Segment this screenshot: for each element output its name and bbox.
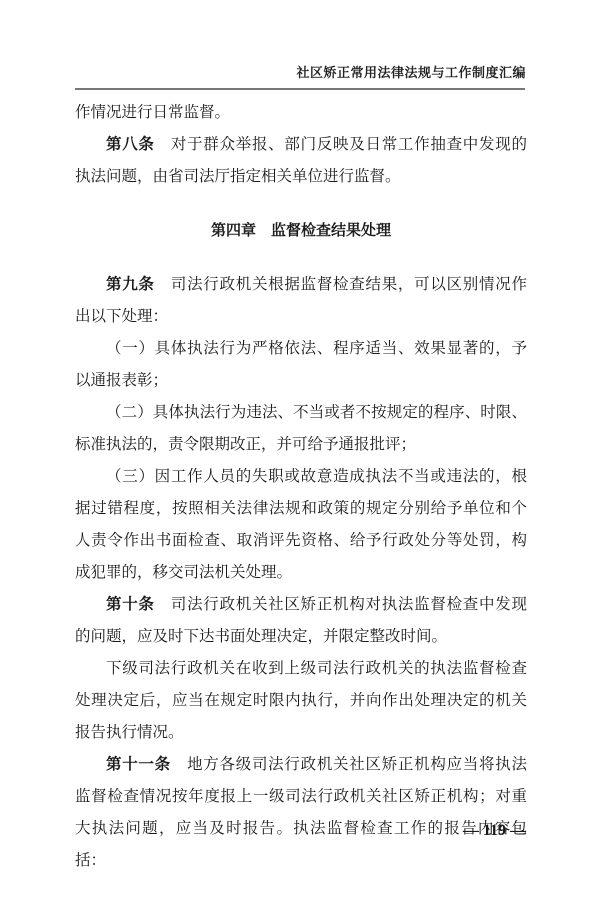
item-2: （二）具体执法行为违法、不当或者不按规定的程序、时限、 bbox=[75, 396, 527, 428]
header-rule bbox=[75, 88, 525, 90]
article-text: 司法行政机关根据监督检查结果，可以区别情况作 bbox=[171, 275, 527, 293]
paragraph-line: 监督检查情况按年度报上一级司法行政机关社区矫正机构；对重 bbox=[75, 780, 527, 812]
paragraph-line: 据过错程度，按照相关法律法规和政策的规定分别给予单位和个 bbox=[75, 492, 527, 524]
paragraph-line: 作情况进行日常监督。 bbox=[75, 96, 527, 128]
article-label: 第九条 bbox=[106, 275, 155, 293]
paragraph-line: 标准执法的，责令限期改正，并可给予通报批评； bbox=[75, 428, 527, 460]
paragraph-line: 处理决定后，应当在规定时限内执行，并向作出处理决定的机关 bbox=[75, 684, 527, 716]
page-body: 作情况进行日常监督。 第八条 对于群众举报、部门反映及日常工作抽查中发现的 执法… bbox=[75, 96, 527, 876]
article-8: 第八条 对于群众举报、部门反映及日常工作抽查中发现的 bbox=[75, 128, 527, 160]
running-head: 社区矫正常用法律法规与工作制度汇编 bbox=[292, 62, 526, 81]
paragraph-line: 出以下处理： bbox=[75, 300, 527, 332]
paragraph-line: 人责令作出书面检查、取消评先资格、给予行政处分等处罚，构 bbox=[75, 524, 527, 556]
paragraph-line: 的问题，应及时下达书面处理决定，并限定整改时间。 bbox=[75, 620, 527, 652]
paragraph-line: 报告执行情况。 bbox=[75, 716, 527, 748]
article-11: 第十一条 地方各级司法行政机关社区矫正机构应当将执法 bbox=[75, 748, 527, 780]
paragraph-line: 以通报表彰； bbox=[75, 364, 527, 396]
article-label: 第十条 bbox=[106, 595, 155, 613]
article-text: 对于群众举报、部门反映及日常工作抽查中发现的 bbox=[171, 135, 527, 153]
article-text: 司法行政机关社区矫正机构对执法监督检查中发现 bbox=[171, 595, 527, 613]
page-number: — 119 — bbox=[440, 822, 526, 840]
article-text: 地方各级司法行政机关社区矫正机构应当将执法 bbox=[187, 755, 527, 773]
article-9: 第九条 司法行政机关根据监督检查结果，可以区别情况作 bbox=[75, 268, 527, 300]
chapter-heading: 第四章 监督检查结果处理 bbox=[75, 214, 527, 246]
item-3: （三）因工作人员的失职或故意造成执法不当或违法的，根 bbox=[75, 460, 527, 492]
paragraph-line: 括： bbox=[75, 844, 527, 876]
article-label: 第十一条 bbox=[106, 755, 171, 773]
article-10: 第十条 司法行政机关社区矫正机构对执法监督检查中发现 bbox=[75, 588, 527, 620]
article-label: 第八条 bbox=[106, 135, 155, 153]
paragraph-lower-level: 下级司法行政机关在收到上级司法行政机关的执法监督检查 bbox=[75, 652, 527, 684]
paragraph-line: 成犯罪的，移交司法机关处理。 bbox=[75, 556, 527, 588]
paragraph-line: 执法问题，由省司法厅指定相关单位进行监督。 bbox=[75, 160, 527, 192]
item-1: （一）具体执法行为严格依法、程序适当、效果显著的，予 bbox=[75, 332, 527, 364]
